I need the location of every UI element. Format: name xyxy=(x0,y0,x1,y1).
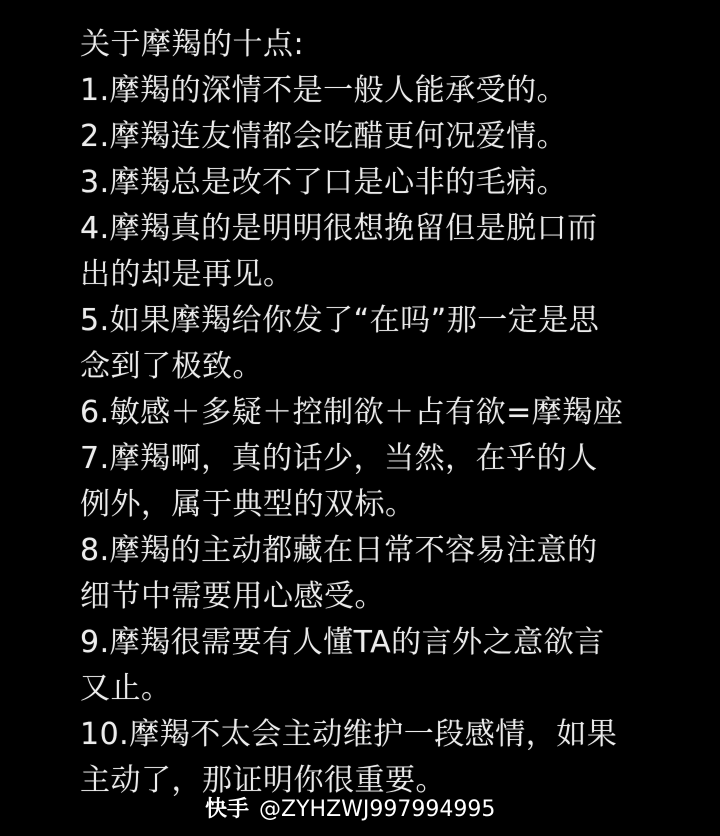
point-8-line-1: 8.摩羯的主动都藏在日常不容易注意的 xyxy=(80,528,700,574)
point-4-line-1: 4.摩羯真的是明明很想挽留但是脱口而 xyxy=(80,206,700,252)
point-2-line: 2.摩羯连友情都会吃醋更何况爱情。 xyxy=(80,114,700,160)
point-3-line: 3.摩羯总是改不了口是心非的毛病。 xyxy=(80,160,700,206)
watermark-handle: @ZYHZWJ997994995 xyxy=(259,797,495,822)
text-post: 关于摩羯的十点: 1.摩羯的深情不是一般人能承受的。 2.摩羯连友情都会吃醋更何… xyxy=(80,22,700,804)
point-5-line-1: 5.如果摩羯给你发了“在吗”那一定是思 xyxy=(80,298,700,344)
point-7-line-1: 7.摩羯啊，真的话少，当然，在乎的人 xyxy=(80,436,700,482)
post-title: 关于摩羯的十点: xyxy=(80,22,700,68)
point-7-line-2: 例外，属于典型的双标。 xyxy=(80,482,700,528)
point-4-line-2: 出的却是再见。 xyxy=(80,252,700,298)
watermark-brand: 快手 xyxy=(205,797,249,822)
point-6-line: 6.敏感＋多疑＋控制欲＋占有欲=摩羯座 xyxy=(80,390,700,436)
point-1-line: 1.摩羯的深情不是一般人能承受的。 xyxy=(80,68,700,114)
watermark: 快手@ZYHZWJ997994995 xyxy=(205,795,495,825)
point-10-line-1: 10.摩羯不太会主动维护一段感情，如果 xyxy=(80,712,700,758)
point-9-line-1: 9.摩羯很需要有人懂TA的言外之意欲言 xyxy=(80,620,700,666)
point-5-line-2: 念到了极致。 xyxy=(80,344,700,390)
point-9-line-2: 又止。 xyxy=(80,666,700,712)
point-8-line-2: 细节中需要用心感受。 xyxy=(80,574,700,620)
